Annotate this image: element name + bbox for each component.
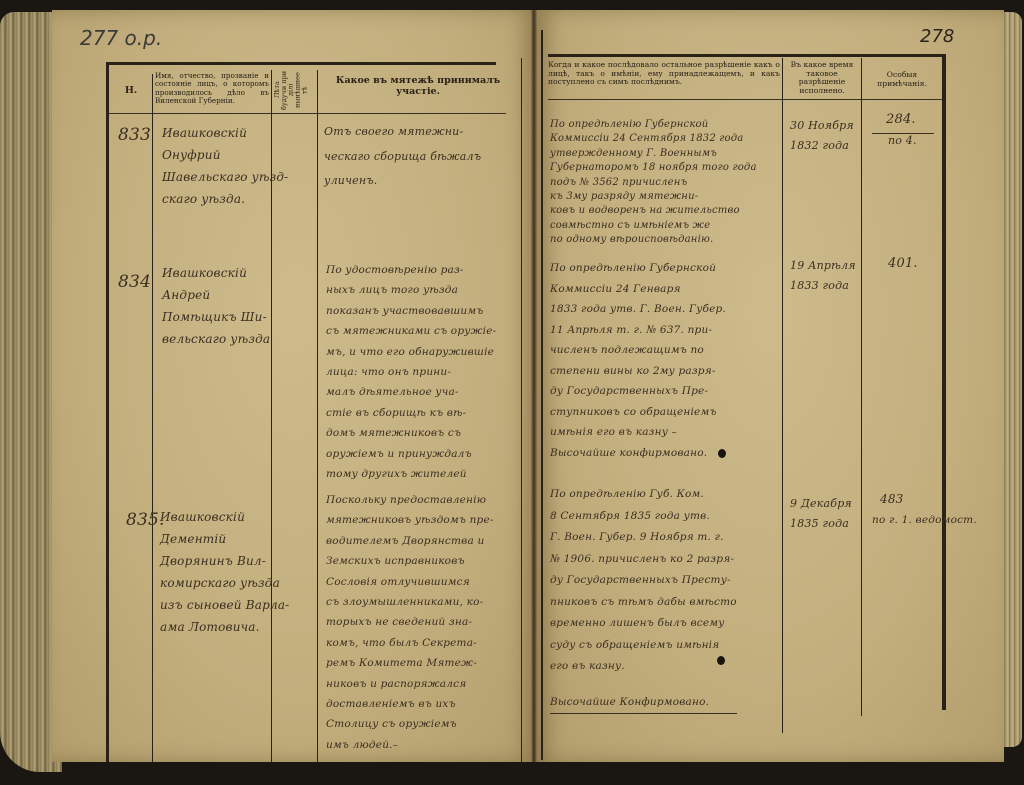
entry-resolution: По опредѣленію Губ. Ком. 8 Сентября 1835… — [550, 484, 737, 714]
entry-resolution: По опредѣленію Губернской Коммиссіи 24 Г… — [550, 258, 726, 463]
entry-executed-date: 30 Ноября 1832 года — [790, 116, 854, 156]
header-participation: Какое въ мятежѣ принималъ участіе. — [320, 76, 516, 98]
entry-number: 835. — [126, 510, 165, 530]
entry-remark: по 4. — [888, 134, 917, 147]
header-bottom-rule — [548, 99, 944, 100]
entry-participation: Поскольку предоставленію мятежниковъ уѣз… — [326, 490, 494, 755]
header-top-rule — [548, 54, 944, 57]
entry-name: Ивашковскій Онуфрий Шавельскаго уѣзд- ск… — [162, 122, 288, 210]
entry-resolution: По опредѣленію Губернской Коммиссіи 24 С… — [550, 118, 757, 248]
entry-remark: 284. — [886, 112, 916, 127]
header-age: Лѣта будучи при ділі нынѣшнее тѣ — [274, 70, 316, 110]
entry-remark: 401. — [888, 256, 918, 271]
left-page-number: 277 o.p. — [80, 26, 162, 50]
right-border-rule — [942, 54, 946, 710]
header-executed: Въ какое время таковое разрѣшеніе исполн… — [785, 61, 859, 96]
header-top-rule — [106, 62, 496, 65]
col-divider — [861, 58, 862, 716]
header-name: Имя, отчество, прозваніе и состояніе лиц… — [155, 72, 269, 105]
left-border-rule — [106, 62, 109, 762]
ledger-book: 277 o.p. 278 Н. Имя, отчество, прозваніе… — [0, 0, 1024, 785]
ink-blot — [717, 656, 725, 665]
header-number: Н. — [112, 86, 150, 97]
col-divider — [317, 70, 318, 762]
entry-remark: по г. 1. ведомост. — [872, 514, 977, 526]
entry-participation: Отъ своего мятежни- ческаго сборища бѣжа… — [324, 120, 481, 194]
entry-name: Ивашковскій Дементій Дворянинъ Вил- коми… — [160, 506, 289, 638]
entry-name: Ивашковскій Андрей Помѣщикъ Ши- вельскаг… — [162, 262, 270, 350]
col-divider — [541, 30, 543, 760]
entry-number: 833 — [118, 125, 151, 145]
ink-blot — [718, 449, 726, 458]
col-divider — [782, 58, 783, 733]
entry-remark: 483 — [880, 492, 904, 506]
header-bottom-rule — [106, 113, 506, 114]
right-page-number: 278 — [920, 26, 954, 47]
header-remarks: Особыя примѣчанія. — [864, 71, 940, 88]
entry-executed-date: 19 Апрѣля 1833 года — [790, 256, 856, 296]
book-spine — [531, 10, 537, 762]
entry-number: 834 — [118, 272, 151, 292]
col-divider — [521, 58, 522, 763]
header-resolution: Когда и какое послѣдовало остальное разр… — [548, 61, 780, 87]
entry-executed-date: 9 Декабря 1835 года — [790, 494, 852, 534]
entry-participation: По удостовѣренію раз- ныхъ лицъ того уѣз… — [326, 260, 496, 484]
col-divider — [152, 74, 153, 762]
